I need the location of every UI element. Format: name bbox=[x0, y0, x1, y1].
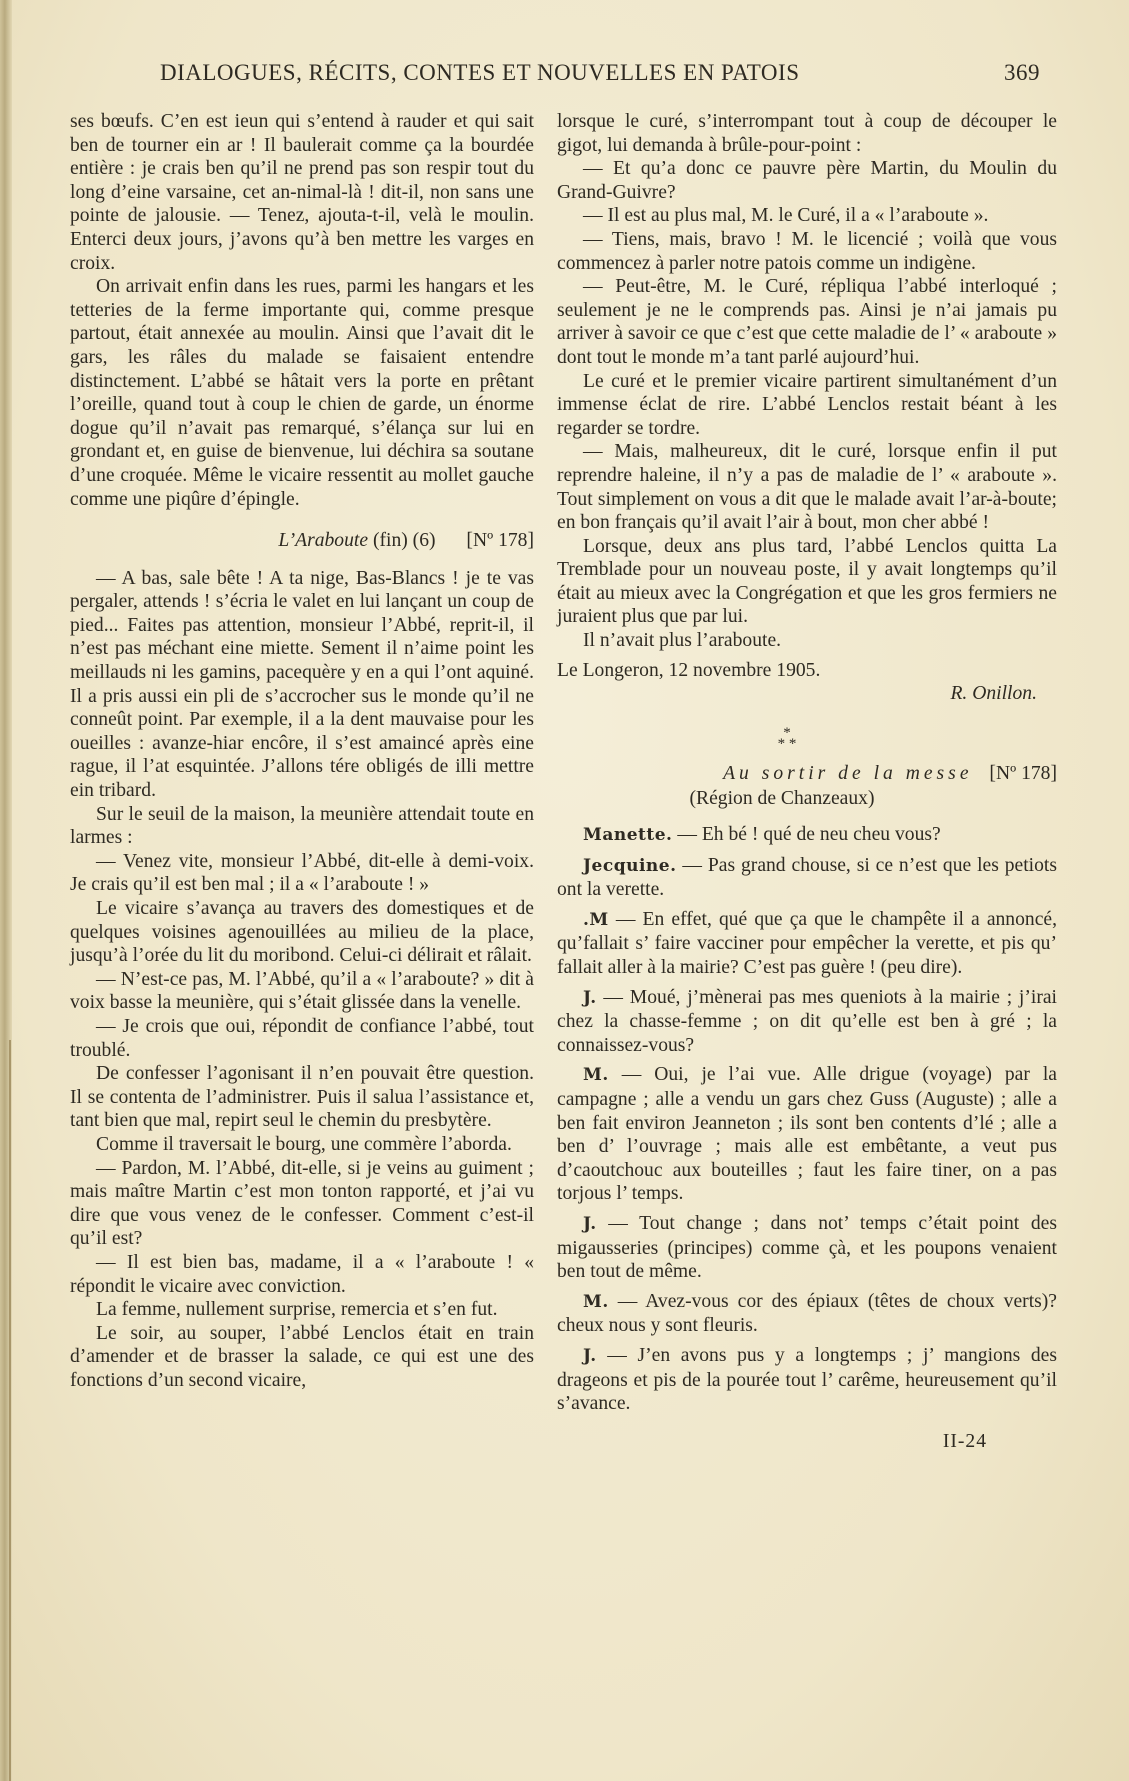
dialogue-line: .M — En effet, qué que ça que le champêt… bbox=[557, 908, 1057, 980]
folio-signature: II-24 bbox=[557, 1430, 1057, 1454]
dialogue-line: M. — Oui, je l’ai vue. Alle drigue (voya… bbox=[557, 1063, 1057, 1206]
paragraph: La femme, nullement surprise, remercia e… bbox=[70, 1298, 534, 1322]
speaker-label: J. bbox=[583, 988, 597, 1008]
dialogue-text: — J’en avons pus y a longtemps ; j’ mang… bbox=[557, 1345, 1057, 1414]
paragraph: On arrivait enfin dans les rues, parmi l… bbox=[70, 275, 534, 511]
speaker-label: .M bbox=[583, 910, 609, 930]
speaker-label: M. bbox=[583, 1292, 609, 1312]
paragraph: — A bas, sale bête ! A ta nige, Bas-Blan… bbox=[70, 567, 534, 803]
dialogue-text: — Avez-vous cor des épiaux (têtes de cho… bbox=[557, 1291, 1057, 1337]
page-number: 369 bbox=[1004, 60, 1040, 86]
paragraph: Le soir, au souper, l’abbé Lenclos était… bbox=[70, 1322, 534, 1393]
dialog-heading: Au sortir de la messe [Nº 178] bbox=[557, 762, 1057, 786]
paragraph: — Tiens, mais, bravo ! M. le licencié ; … bbox=[557, 228, 1057, 275]
paragraph: — N’est-ce pas, M. l’Abbé, qu’il a « l’a… bbox=[70, 968, 534, 1015]
dialog-title: Au sortir de la messe bbox=[723, 763, 972, 784]
speaker-label: J. bbox=[583, 1346, 597, 1366]
paragraph: — Je crois que oui, répondit de confianc… bbox=[70, 1015, 534, 1062]
left-column: ses bœufs. C’en est ieun qui s’entend à … bbox=[70, 110, 534, 1392]
paragraph: Sur le seuil de la maison, la meunière a… bbox=[70, 803, 534, 850]
dialogue-text: — Oui, je l’ai vue. Alle drigue (voyage)… bbox=[557, 1064, 1057, 1204]
paragraph: Comme il traversait le bourg, une commèr… bbox=[70, 1133, 534, 1157]
dialogue-line: J. — J’en avons pus y a longtemps ; j’ m… bbox=[557, 1344, 1057, 1416]
paragraph: Lorsque, deux ans plus tard, l’abbé Lenc… bbox=[557, 535, 1057, 629]
paragraph: — Il est au plus mal, M. le Curé, il a «… bbox=[557, 204, 1057, 228]
binding-line bbox=[9, 1040, 11, 1781]
paragraph: — Et qu’a donc ce pauvre père Martin, du… bbox=[557, 157, 1057, 204]
paragraph: Le curé et le premier vicaire partirent … bbox=[557, 370, 1057, 441]
dialog-number: [Nº 178] bbox=[989, 763, 1057, 784]
paragraph: — Venez vite, monsieur l’Abbé, dit-elle … bbox=[70, 850, 534, 897]
paragraph: ses bœufs. C’en est ieun qui s’entend à … bbox=[70, 110, 534, 275]
story-suffix: (fin) (6) bbox=[373, 530, 436, 551]
dialogue-line: J. — Tout change ; dans not’ temps c’éta… bbox=[557, 1212, 1057, 1284]
paragraph: — Pardon, M. l’Abbé, dit-elle, si je vei… bbox=[70, 1157, 534, 1251]
asterism-divider: ** * bbox=[557, 728, 1057, 750]
dialogue-line: M. — Avez-vous cor des épiaux (têtes de … bbox=[557, 1290, 1057, 1338]
paragraph: Il n’avait plus l’araboute. bbox=[557, 629, 1057, 653]
dialogue-text: — Tout change ; dans not’ temps c’était … bbox=[557, 1213, 1057, 1282]
paragraph: — Peut-être, M. le Curé, répliqua l’abbé… bbox=[557, 275, 1057, 369]
dialogue-text: — Eh bé ! qué de neu cheu vous? bbox=[672, 824, 940, 845]
paragraph: De confesser l’agonisant il n’en pouvait… bbox=[70, 1062, 534, 1133]
place-date: Le Longeron, 12 novembre 1905. bbox=[557, 659, 1057, 683]
speaker-label: Manette. bbox=[583, 825, 672, 845]
paragraph: Le vicaire s’avança au travers des domes… bbox=[70, 897, 534, 968]
story-title: L’Araboute bbox=[278, 530, 368, 551]
right-column: lorsque le curé, s’interrompant tout à c… bbox=[557, 110, 1057, 1453]
dialog-region: (Région de Chanzeaux) bbox=[557, 787, 1057, 811]
dialogue-text: — En effet, qué que ça que le champête i… bbox=[557, 909, 1057, 978]
author-signature: R. Onillon. bbox=[557, 682, 1057, 706]
paragraph: lorsque le curé, s’interrompant tout à c… bbox=[557, 110, 1057, 157]
dialogue-line: Jecquine. — Pas grand chouse, si ce n’es… bbox=[557, 854, 1057, 902]
speaker-label: J. bbox=[583, 1214, 597, 1234]
story-heading: L’Araboute (fin) (6) [Nº 178] bbox=[70, 529, 534, 553]
story-number: [Nº 178] bbox=[466, 530, 534, 551]
speaker-label: Jecquine. bbox=[583, 856, 677, 876]
paragraph: — Il est bien bas, madame, il a « l’arab… bbox=[70, 1251, 534, 1298]
dialogue-text: — Moué, j’mènerai pas mes queniots à la … bbox=[557, 987, 1057, 1056]
paragraph: — Mais, malheureux, dit le curé, lorsque… bbox=[557, 440, 1057, 534]
dialogue-line: Manette. — Eh bé ! qué de neu cheu vous? bbox=[557, 823, 1057, 848]
dialogue-line: J. — Moué, j’mènerai pas mes queniots à … bbox=[557, 986, 1057, 1058]
speaker-label: M. bbox=[583, 1065, 609, 1085]
running-head-title: DIALOGUES, RÉCITS, CONTES ET NOUVELLES E… bbox=[160, 60, 800, 86]
